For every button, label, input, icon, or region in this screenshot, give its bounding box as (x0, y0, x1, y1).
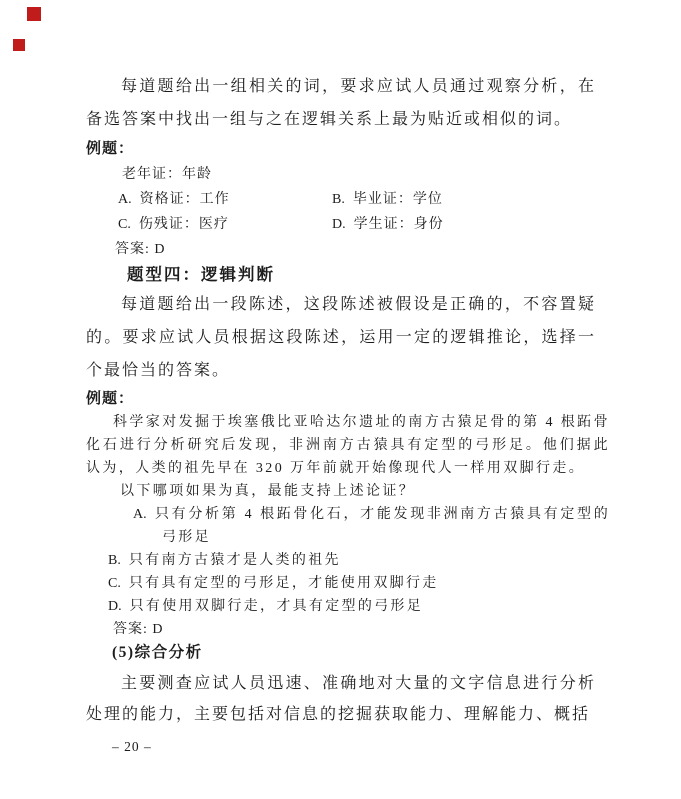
example2-options: A.只有分析第 4 根跖骨化石，才能发现非洲南方古猿具有定型的弓形足 B.只有南… (86, 503, 610, 618)
option-key: B. (108, 553, 121, 568)
section-heading-type4: 题型四：逻辑判断 (86, 262, 610, 288)
option-key: A. (133, 507, 147, 522)
paragraph-logic-judgment-intro: 每道题给出一段陈述，这段陈述被假设是正确的，不容置疑的。要求应试人员根据这段陈述… (86, 288, 596, 387)
example1-option-b: B.毕业证：学位 (332, 187, 610, 212)
option-text: 只有南方古猿才是人类的祖先 (129, 553, 341, 568)
page-number: – 20 – (86, 738, 610, 756)
example2-option-a: A.只有分析第 4 根跖骨化石，才能发现非洲南方古猿具有定型的弓形足 (86, 503, 610, 549)
option-text: 只有分析第 4 根跖骨化石，才能发现非洲南方古猿具有定型的弓形足 (155, 507, 610, 545)
option-text: 毕业证：学位 (353, 192, 443, 207)
example2-option-b: B.只有南方古猿才是人类的祖先 (86, 549, 610, 572)
example2-label: 例题： (86, 387, 610, 411)
example1-label: 例题： (86, 136, 610, 162)
option-text: 只有使用双脚行走，才具有定型的弓形足 (130, 599, 423, 614)
option-key: D. (332, 217, 346, 232)
paragraph-comprehensive-analysis-intro: 主要测查应试人员迅速、准确地对大量的文字信息进行分析处理的能力，主要包括对信息的… (86, 668, 596, 730)
example2-stem: 科学家对发掘于埃塞俄比亚哈达尔遗址的南方古猿足骨的第 4 根跖骨化石进行分析研究… (86, 411, 610, 480)
example2-question: 以下哪项如果为真，最能支持上述论证？ (86, 480, 610, 503)
option-key: C. (108, 576, 121, 591)
option-key: D. (108, 599, 122, 614)
example1-stem: 老年证：年龄 (86, 162, 610, 187)
example2-answer: 答案: D (86, 618, 610, 641)
example1-answer: 答案: D (86, 237, 610, 262)
example1-option-c: C.伤残证：医疗 (118, 212, 332, 237)
option-key: C. (118, 217, 131, 232)
page-content: 每道题给出一组相关的词，要求应试人员通过观察分析，在备选答案中找出一组与之在逻辑… (0, 0, 681, 756)
example2-option-d: D.只有使用双脚行走，才具有定型的弓形足 (86, 595, 610, 618)
option-text: 只有具有定型的弓形足，才能使用双脚行走 (129, 576, 439, 591)
option-text: 伤残证：医疗 (139, 217, 229, 232)
subsection-heading-comprehensive-analysis: (5)综合分析 (86, 641, 610, 665)
example2-option-c: C.只有具有定型的弓形足，才能使用双脚行走 (86, 572, 610, 595)
example1-option-a: A.资格证：工作 (118, 187, 332, 212)
example1-options: A.资格证：工作 B.毕业证：学位 C.伤残证：医疗 D.学生证：身份 (86, 187, 610, 237)
document-page: 每道题给出一组相关的词，要求应试人员通过观察分析，在备选答案中找出一组与之在逻辑… (0, 0, 681, 799)
option-text: 学生证：身份 (354, 217, 444, 232)
paragraph-word-analogy-intro: 每道题给出一组相关的词，要求应试人员通过观察分析，在备选答案中找出一组与之在逻辑… (86, 70, 596, 136)
option-key: B. (332, 192, 345, 207)
option-key: A. (118, 192, 132, 207)
option-text: 资格证：工作 (140, 192, 230, 207)
example1-option-d: D.学生证：身份 (332, 212, 610, 237)
